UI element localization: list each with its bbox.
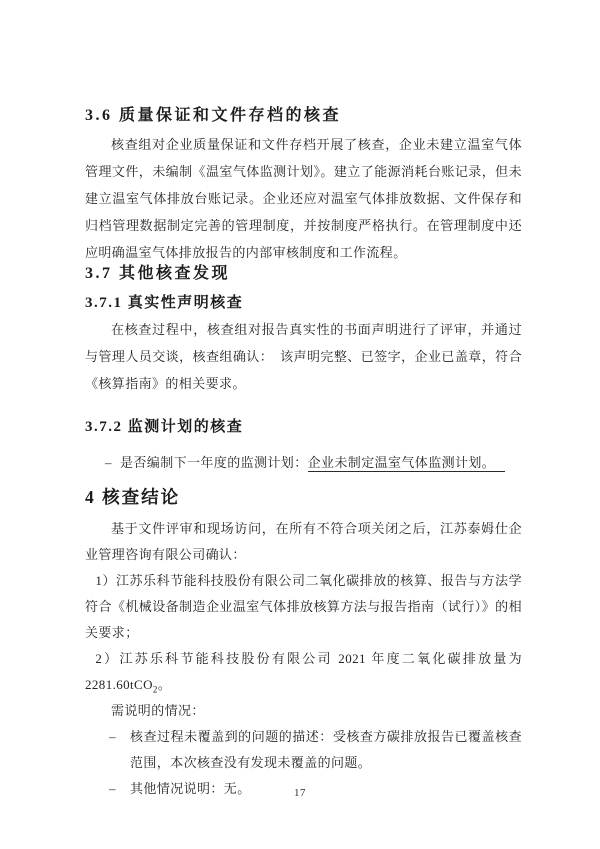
notes-label: 需说明的情况： (85, 698, 522, 724)
heading-3-7-1: 3.7.1 真实性声明核查 (85, 291, 522, 312)
section-4-body: 基于文件评审和现场访问，在所有不符合项关闭之后，江苏泰姆仕企业管理咨询有限公司确… (85, 516, 522, 802)
dash-icon: – (105, 453, 112, 473)
conclusion-item-2-period: 。 (158, 677, 171, 692)
monitoring-plan-label: 是否编制下一年度的监测计划： (120, 455, 308, 470)
heading-3-7-2: 3.7.2 监测计划的核查 (85, 415, 522, 436)
dash-icon: – (109, 724, 116, 750)
paragraph-3-6: 核查组对企业质量保证和文件存档开展了核查，企业未建立温室气体管理文件，未编制《温… (85, 131, 522, 266)
page-number: 17 (0, 787, 600, 799)
note-item-1: –核查过程未覆盖到的问题的描述：受核查方碳排放报告已覆盖核查范围，本次核查没有发… (85, 724, 522, 776)
note-item-1-text: 核查过程未覆盖到的问题的描述：受核查方碳排放报告已覆盖核查范围，本次核查没有发现… (130, 729, 522, 770)
paragraph-3-7-1: 在核查过程中，核查组对报告真实性的书面声明进行了评审，并通过与管理人员交谈，核查… (85, 316, 522, 397)
conclusion-item-1: 1）江苏乐科节能科技股份有限公司二氧化碳排放的核算、报告与方法学符合《机械设备制… (85, 568, 522, 646)
heading-3-7: 3.7 其他核查发现 (85, 260, 522, 283)
conclusion-item-2: 2）江苏乐科节能科技股份有限公司 2021 年度二氧化碳排放量为 2281.60… (85, 646, 522, 698)
report-page: 3.6 质量保证和文件存档的核查 核查组对企业质量保证和文件存档开展了核查，企业… (0, 0, 600, 849)
monitoring-plan-underlined-value: 企业未制定温室气体监测计划。 (308, 455, 506, 472)
heading-3-6: 3.6 质量保证和文件存档的核查 (85, 102, 522, 125)
conclusion-intro: 基于文件评审和现场访问，在所有不符合项关闭之后，江苏泰姆仕企业管理咨询有限公司确… (85, 516, 522, 568)
conclusion-item-2-text: 2）江苏乐科节能科技股份有限公司 2021 年度二氧化碳排放量为 2281.60… (85, 651, 522, 692)
monitoring-plan-item: –是否编制下一年度的监测计划：企业未制定温室气体监测计划。 (85, 453, 522, 473)
heading-4: 4 核查结论 (85, 484, 522, 509)
